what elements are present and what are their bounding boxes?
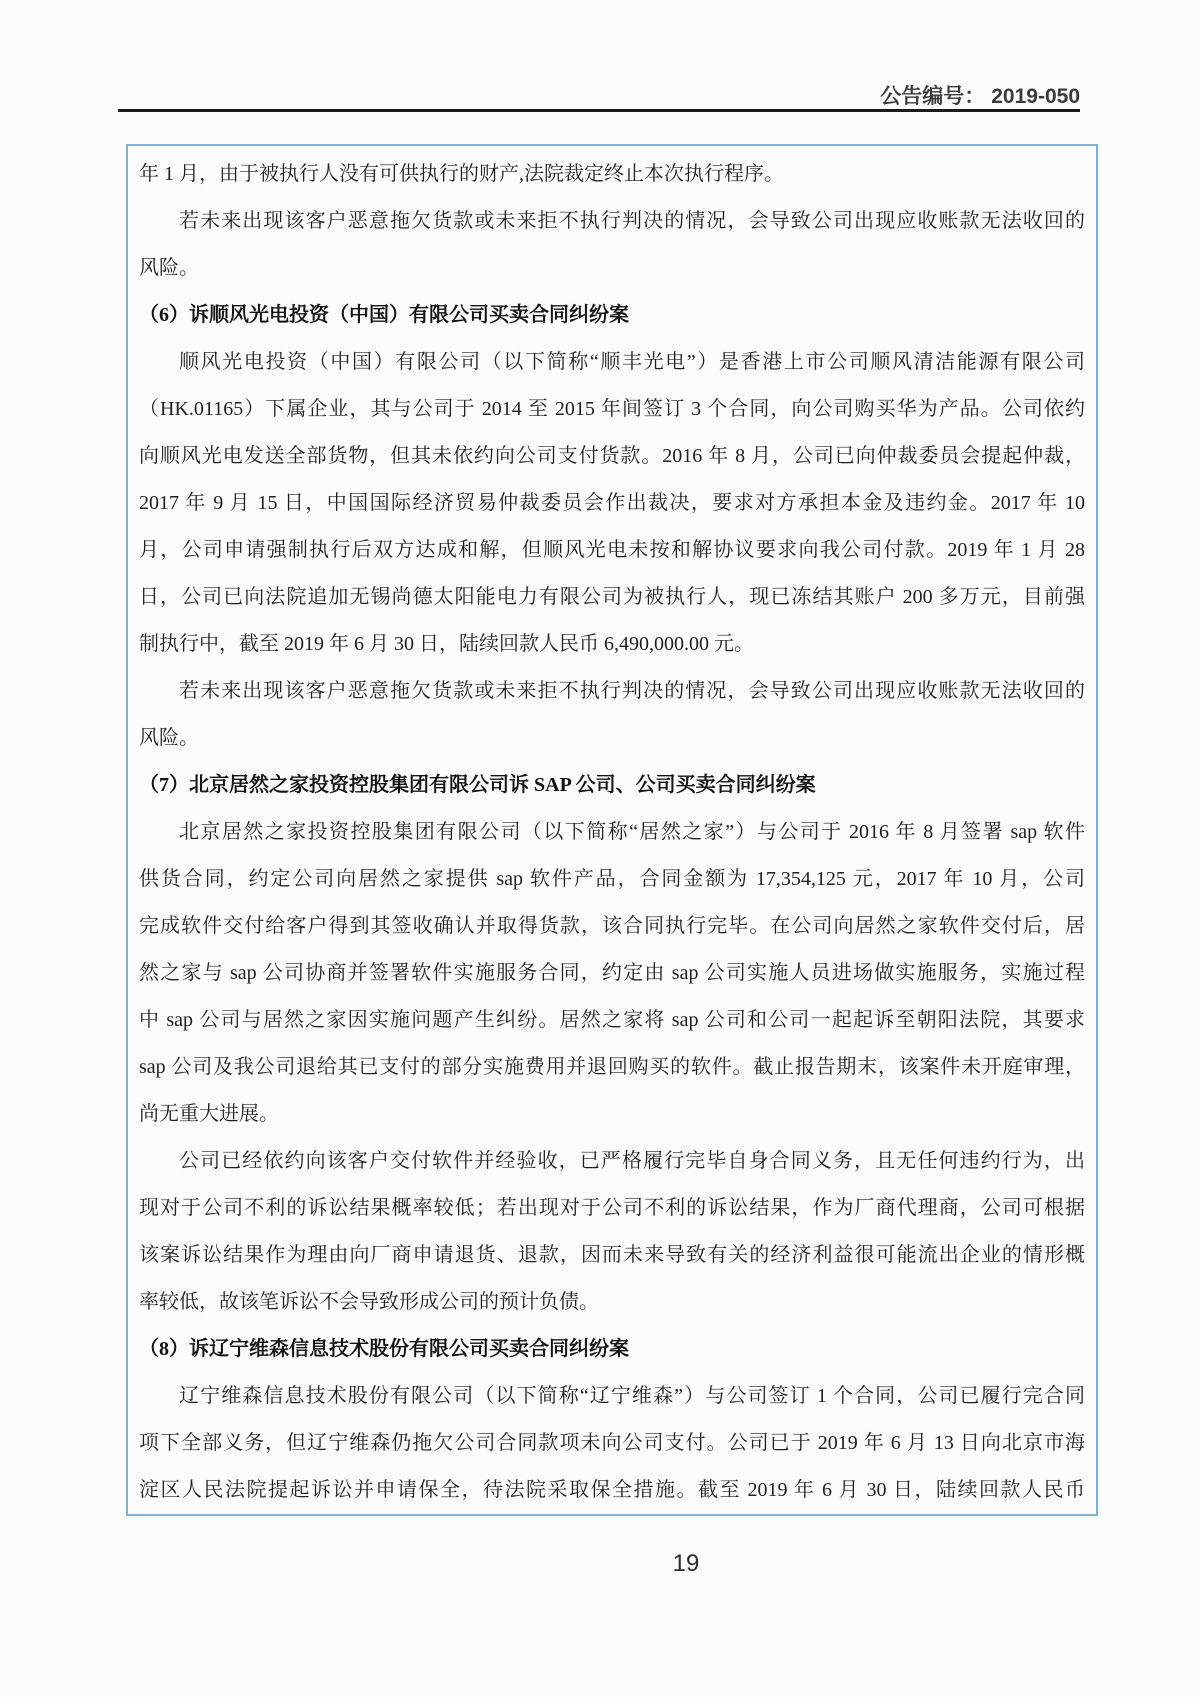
document-body: 年 1 月，由于被执行人没有可供执行的财产,法院裁定终止本次执行程序。若未来出现… bbox=[139, 151, 1085, 1514]
text-line: 制执行中，截至 2019 年 6 月 30 日，陆续回款人民币 6,490,00… bbox=[139, 621, 1085, 668]
section-heading: （8）诉辽宁维森信息技术股份有限公司买卖合同纠纷案 bbox=[139, 1326, 1085, 1373]
header-rule bbox=[118, 109, 1080, 112]
text-line: 淀区人民法院提起诉讼并申请保全，待法院采取保全措施。截至 2019 年 6 月 … bbox=[139, 1467, 1085, 1514]
section-heading: （6）诉顺风光电投资（中国）有限公司买卖合同纠纷案 bbox=[139, 292, 1085, 339]
section-heading: （7）北京居然之家投资控股集团有限公司诉 SAP 公司、公司买卖合同纠纷案 bbox=[139, 762, 1085, 809]
text-line: 该案诉讼结果作为理由向厂商申请退货、退款，因而未来导致有关的经济利益很可能流出企… bbox=[139, 1232, 1085, 1279]
text-line: 供货合同，约定公司向居然之家提供 sap 软件产品，合同金额为 17,354,1… bbox=[139, 856, 1085, 903]
text-line: 完成软件交付给客户得到其签收确认并取得货款，该合同执行完毕。在公司向居然之家软件… bbox=[139, 903, 1085, 950]
text-line: 公司已经依约向该客户交付软件并经验收，已严格履行完毕自身合同义务，且无任何违约行… bbox=[139, 1138, 1085, 1185]
text-line: 风险。 bbox=[139, 245, 1085, 292]
page-number: 19 bbox=[640, 1550, 732, 1578]
announcement-number-value: 2019-050 bbox=[991, 85, 1080, 108]
text-line: 中 sap 公司与居然之家因实施问题产生纠纷。居然之家将 sap 公司和公司一起… bbox=[139, 997, 1085, 1044]
text-line: 北京居然之家投资控股集团有限公司（以下简称“居然之家”）与公司于 2016 年 … bbox=[139, 809, 1085, 856]
text-line: 尚无重大进展。 bbox=[139, 1091, 1085, 1138]
text-line: 向顺风光电发送全部货物，但其未依约向公司支付货款。2016 年 8 月，公司已向… bbox=[139, 433, 1085, 480]
text-line: 2017 年 9 月 15 日，中国国际经济贸易仲裁委员会作出裁决，要求对方承担… bbox=[139, 480, 1085, 527]
text-line: 项下全部义务，但辽宁维森仍拖欠公司合同款项未向公司支付。公司已于 2019 年 … bbox=[139, 1420, 1085, 1467]
text-line: 然之家与 sap 公司协商并签署软件实施服务合同，约定由 sap 公司实施人员进… bbox=[139, 950, 1085, 997]
text-line: 日，公司已向法院追加无锡尚德太阳能电力有限公司为被执行人，现已冻结其账户 200… bbox=[139, 574, 1085, 621]
announcement-number-label: 公告编号： bbox=[880, 85, 985, 108]
text-line: （HK.01165）下属企业，其与公司于 2014 至 2015 年间签订 3 … bbox=[139, 386, 1085, 433]
document-page: 公告编号：2019-050 年 1 月，由于被执行人没有可供执行的财产,法院裁定… bbox=[0, 0, 1200, 1697]
text-line: 年 1 月，由于被执行人没有可供执行的财产,法院裁定终止本次执行程序。 bbox=[139, 151, 1085, 198]
text-line: 若未来出现该客户恶意拖欠货款或未来拒不执行判决的情况，会导致公司出现应收账款无法… bbox=[139, 198, 1085, 245]
text-line: 若未来出现该客户恶意拖欠货款或未来拒不执行判决的情况，会导致公司出现应收账款无法… bbox=[139, 668, 1085, 715]
text-line: 辽宁维森信息技术股份有限公司（以下简称“辽宁维森”）与公司签订 1 个合同，公司… bbox=[139, 1373, 1085, 1420]
text-line: 现对于公司不利的诉讼结果概率较低；若出现对于公司不利的诉讼结果，作为厂商代理商，… bbox=[139, 1185, 1085, 1232]
text-line: 率较低，故该笔诉讼不会导致形成公司的预计负债。 bbox=[139, 1279, 1085, 1326]
text-line: 风险。 bbox=[139, 715, 1085, 762]
text-line: sap 公司及我公司退给其已支付的部分实施费用并退回购买的软件。截止报告期末，该… bbox=[139, 1044, 1085, 1091]
text-line: 顺风光电投资（中国）有限公司（以下简称“顺丰光电”）是香港上市公司顺风清洁能源有… bbox=[139, 339, 1085, 386]
announcement-number: 公告编号：2019-050 bbox=[880, 80, 1080, 110]
text-line: 月，公司申请强制执行后双方达成和解，但顺风光电未按和解协议要求向我公司付款。20… bbox=[139, 527, 1085, 574]
content-border-box: 年 1 月，由于被执行人没有可供执行的财产,法院裁定终止本次执行程序。若未来出现… bbox=[126, 144, 1098, 1516]
